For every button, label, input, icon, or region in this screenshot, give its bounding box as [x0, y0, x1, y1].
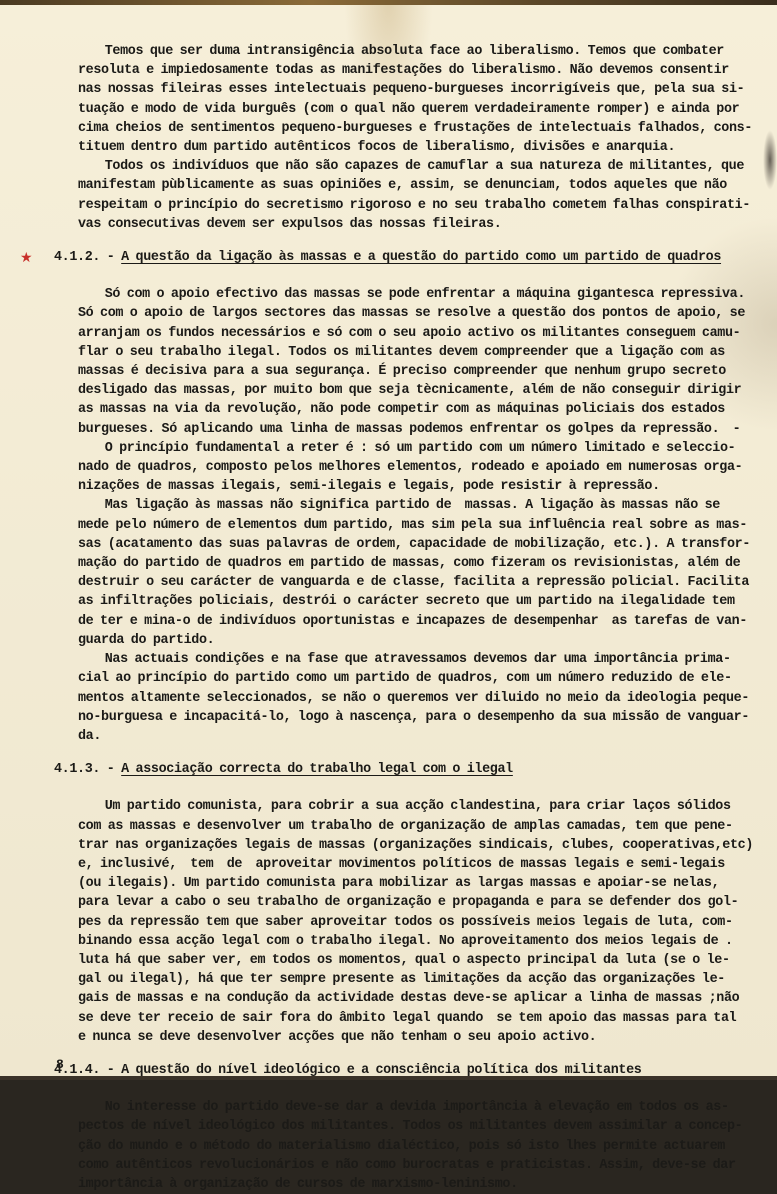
text-line: sas (acatamento das suas palavras de ord… [78, 535, 738, 554]
text-line: Só com o apoio de largos sectores das ma… [78, 304, 738, 323]
section-title: A questão da ligação às massas e a quest… [121, 250, 721, 265]
text-line: para levar a cabo o seu trabalho de orga… [78, 893, 738, 912]
page-top-edge [0, 0, 777, 5]
text-line: binando essa acção legal com o trabalho … [78, 932, 738, 951]
text-line: no-burguesa e incapacitá-lo, logo à nasc… [78, 708, 738, 727]
page-number: 8 [56, 1057, 64, 1072]
section-number: 4.1.3. - [54, 762, 121, 777]
text-line: destruir o seu carácter de vanguarda e d… [78, 573, 738, 592]
ink-smudge [763, 130, 777, 190]
text-line: burgueses. Só aplicando uma linha de mas… [78, 420, 738, 439]
text-line: cima cheios de sentimentos pequeno-burgu… [78, 119, 738, 138]
paragraph-block: Só com o apoio efectivo das massas se po… [78, 285, 738, 746]
section-heading: ★4.1.2. - A questão da ligação às massas… [54, 248, 738, 267]
text-line: Um partido comunista, para cobrir a sua … [78, 797, 738, 816]
text-line: luta há que saber ver, em todos os momen… [78, 951, 738, 970]
paragraph-block: Um partido comunista, para cobrir a sua … [78, 797, 738, 1047]
paragraph-block: Temos que ser duma intransigência absolu… [78, 42, 738, 234]
text-line: manifestam pùblicamente as suas opiniões… [78, 176, 738, 195]
text-line: guarda do partido. [78, 631, 738, 650]
section-title: A associação correcta do trabalho legal … [121, 762, 513, 777]
text-line: desligado das massas, por muito bom que … [78, 381, 738, 400]
text-line: da. [78, 727, 738, 746]
text-line: as massas na via da revolução, não pode … [78, 400, 738, 419]
text-line: vas consecutivas devem ser expulsos das … [78, 215, 738, 234]
text-line: de ter e mina-o de indivíduos oportunist… [78, 612, 738, 631]
text-line: nas nossas fileiras esses intelectuais p… [78, 80, 738, 99]
document-body: Temos que ser duma intransigência absolu… [78, 42, 738, 1080]
section-heading: 4.1.3. - A associação correcta do trabal… [54, 760, 738, 779]
text-line: cial ao princípio do partido como um par… [78, 669, 738, 688]
text-line: Só com o apoio efectivo das massas se po… [78, 285, 738, 304]
text-line: respeitam o princípio do secretismo rigo… [78, 196, 738, 215]
text-line: (ou ilegais). Um partido comunista para … [78, 874, 738, 893]
text-line: se deve ter receio de sair fora do âmbit… [78, 1009, 738, 1028]
text-line: flar o seu trabalho ilegal. Todos os mil… [78, 343, 738, 362]
red-star-icon: ★ [20, 249, 32, 268]
text-line: mentos altamente seleccionados, se não o… [78, 689, 738, 708]
text-line: arranjam os fundos necessários e só com … [78, 324, 738, 343]
text-line: com as massas e desenvolver um trabalho … [78, 817, 738, 836]
text-line: nizações de massas ilegais, semi-ilegais… [78, 477, 738, 496]
text-line: massas é decisiva para a sua segurança. … [78, 362, 738, 381]
text-line: tituem dentro dum partido autênticos foc… [78, 138, 738, 157]
text-line: mação do partido de quadros em partido d… [78, 554, 738, 573]
text-line: e nunca se deve desenvolver acções que n… [78, 1028, 738, 1047]
text-line: as infiltrações policiais, destrói o car… [78, 592, 738, 611]
text-line: Nas actuais condições e na fase que atra… [78, 650, 738, 669]
text-line: gal ou ilegal), há que ter sempre presen… [78, 970, 738, 989]
section-number: 4.1.2. - [54, 250, 121, 265]
text-line: Mas ligação às massas não significa part… [78, 496, 738, 515]
text-line: Todos os indivíduos que não são capazes … [78, 157, 738, 176]
text-line: trar nas organizações legais de massas (… [78, 836, 738, 855]
page-bottom-edge [0, 1076, 777, 1080]
document-page: Temos que ser duma intransigência absolu… [0, 0, 777, 1080]
text-line: gais de massas e na condução da activida… [78, 989, 738, 1008]
text-line: resoluta e impiedosamente todas as manif… [78, 61, 738, 80]
text-line: e, inclusivé, tem de aproveitar moviment… [78, 855, 738, 874]
text-line: mede pelo número de elementos dum partid… [78, 516, 738, 535]
text-line: nado de quadros, composto pelos melhores… [78, 458, 738, 477]
text-line: tuação e modo de vida burguês (com o qua… [78, 100, 738, 119]
text-line: pes da repressão tem que saber aproveita… [78, 913, 738, 932]
text-line: Temos que ser duma intransigência absolu… [78, 42, 738, 61]
text-line: O princípio fundamental a reter é : só u… [78, 439, 738, 458]
